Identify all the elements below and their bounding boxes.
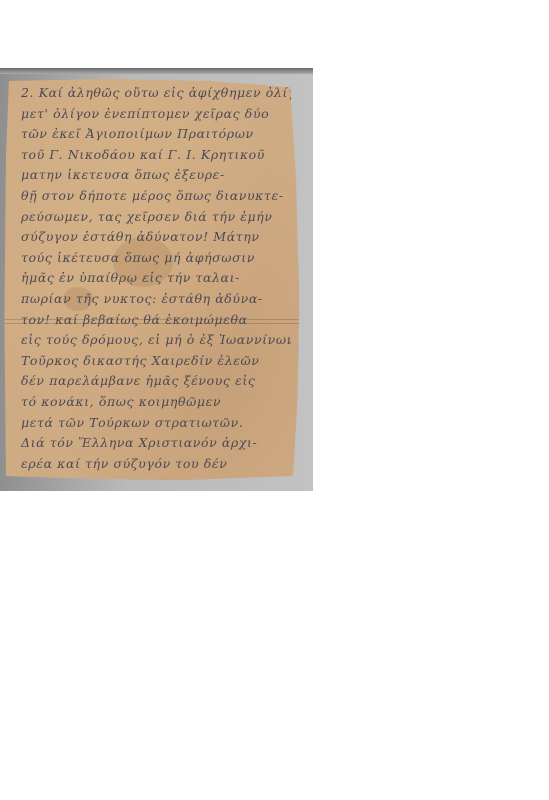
text-line: τό κονάκι, ὅπως κοιμηθῶμεν xyxy=(21,392,291,413)
text-line: τον! καί βεβαίως θά ἐκοιμώμεθα xyxy=(21,310,291,331)
text-line: Διά τόν Ἕλληνα Χριστιανόν ἀρχι- xyxy=(21,433,291,454)
text-line: τῶν ἐκεῖ Ἀγιοποιίμων Πραιτόρων xyxy=(21,124,291,145)
text-line: Τοῦρκος δικαστής Χαιρεδίν ἐλεῶν xyxy=(21,351,291,372)
handwritten-letter: 2. Καί ἀληθῶς οὕτω εἰς ἀφίχθημεν ὀλίγον … xyxy=(3,77,299,480)
text-line: σύζυγον ἐστάθη ἀδύνατον! Μάτην xyxy=(21,227,291,248)
text-line: δέν παρελάμβανε ἡμᾶς ξένους εἰς xyxy=(21,371,291,392)
text-line: τούς ἱκέτευσα ὅπως μή ἀφήσωσιν xyxy=(21,248,291,269)
text-line: πωρίαν τῆς νυκτος: ἐστάθη ἀδύνα- xyxy=(21,289,291,310)
text-line: 2. Καί ἀληθῶς οὕτω εἰς ἀφίχθημεν ὀλίγον xyxy=(21,83,291,104)
text-line: ρεύσωμεν, τας χεῖρσεν διά τήν ἐμήν xyxy=(21,207,291,228)
text-line: τοῦ Γ. Νικοδάου καί Γ. Ι. Κρητικοῦ xyxy=(21,145,291,166)
text-line: θῇ στον δήποτε μέρος ὅπως διανυκτε- xyxy=(21,186,291,207)
scanned-page: 2. Καί ἀληθῶς οὕτω εἰς ἀφίχθημεν ὀλίγον … xyxy=(0,68,313,491)
text-line: εἰς τούς δρόμους, εἰ μή ὁ ἐξ Ἰωαννίνων xyxy=(21,330,291,351)
text-line: ερέα καί τήν σύζυγόν του δέν xyxy=(21,454,291,475)
text-line: μετ' ὀλίγον ἐνεπίπτομεν χεῖρας δύο xyxy=(21,104,291,125)
letter-text: 2. Καί ἀληθῶς οὕτω εἰς ἀφίχθημεν ὀλίγον … xyxy=(21,83,291,474)
text-line: ματην ἱκετευσα ὅπως ἐξευρε- xyxy=(21,165,291,186)
text-line: ἡμᾶς ἐν ὑπαίθρῳ εἰς τήν ταλαι- xyxy=(21,268,291,289)
text-line: μετά τῶν Τούρκων στρατιωτῶν. xyxy=(21,413,291,434)
